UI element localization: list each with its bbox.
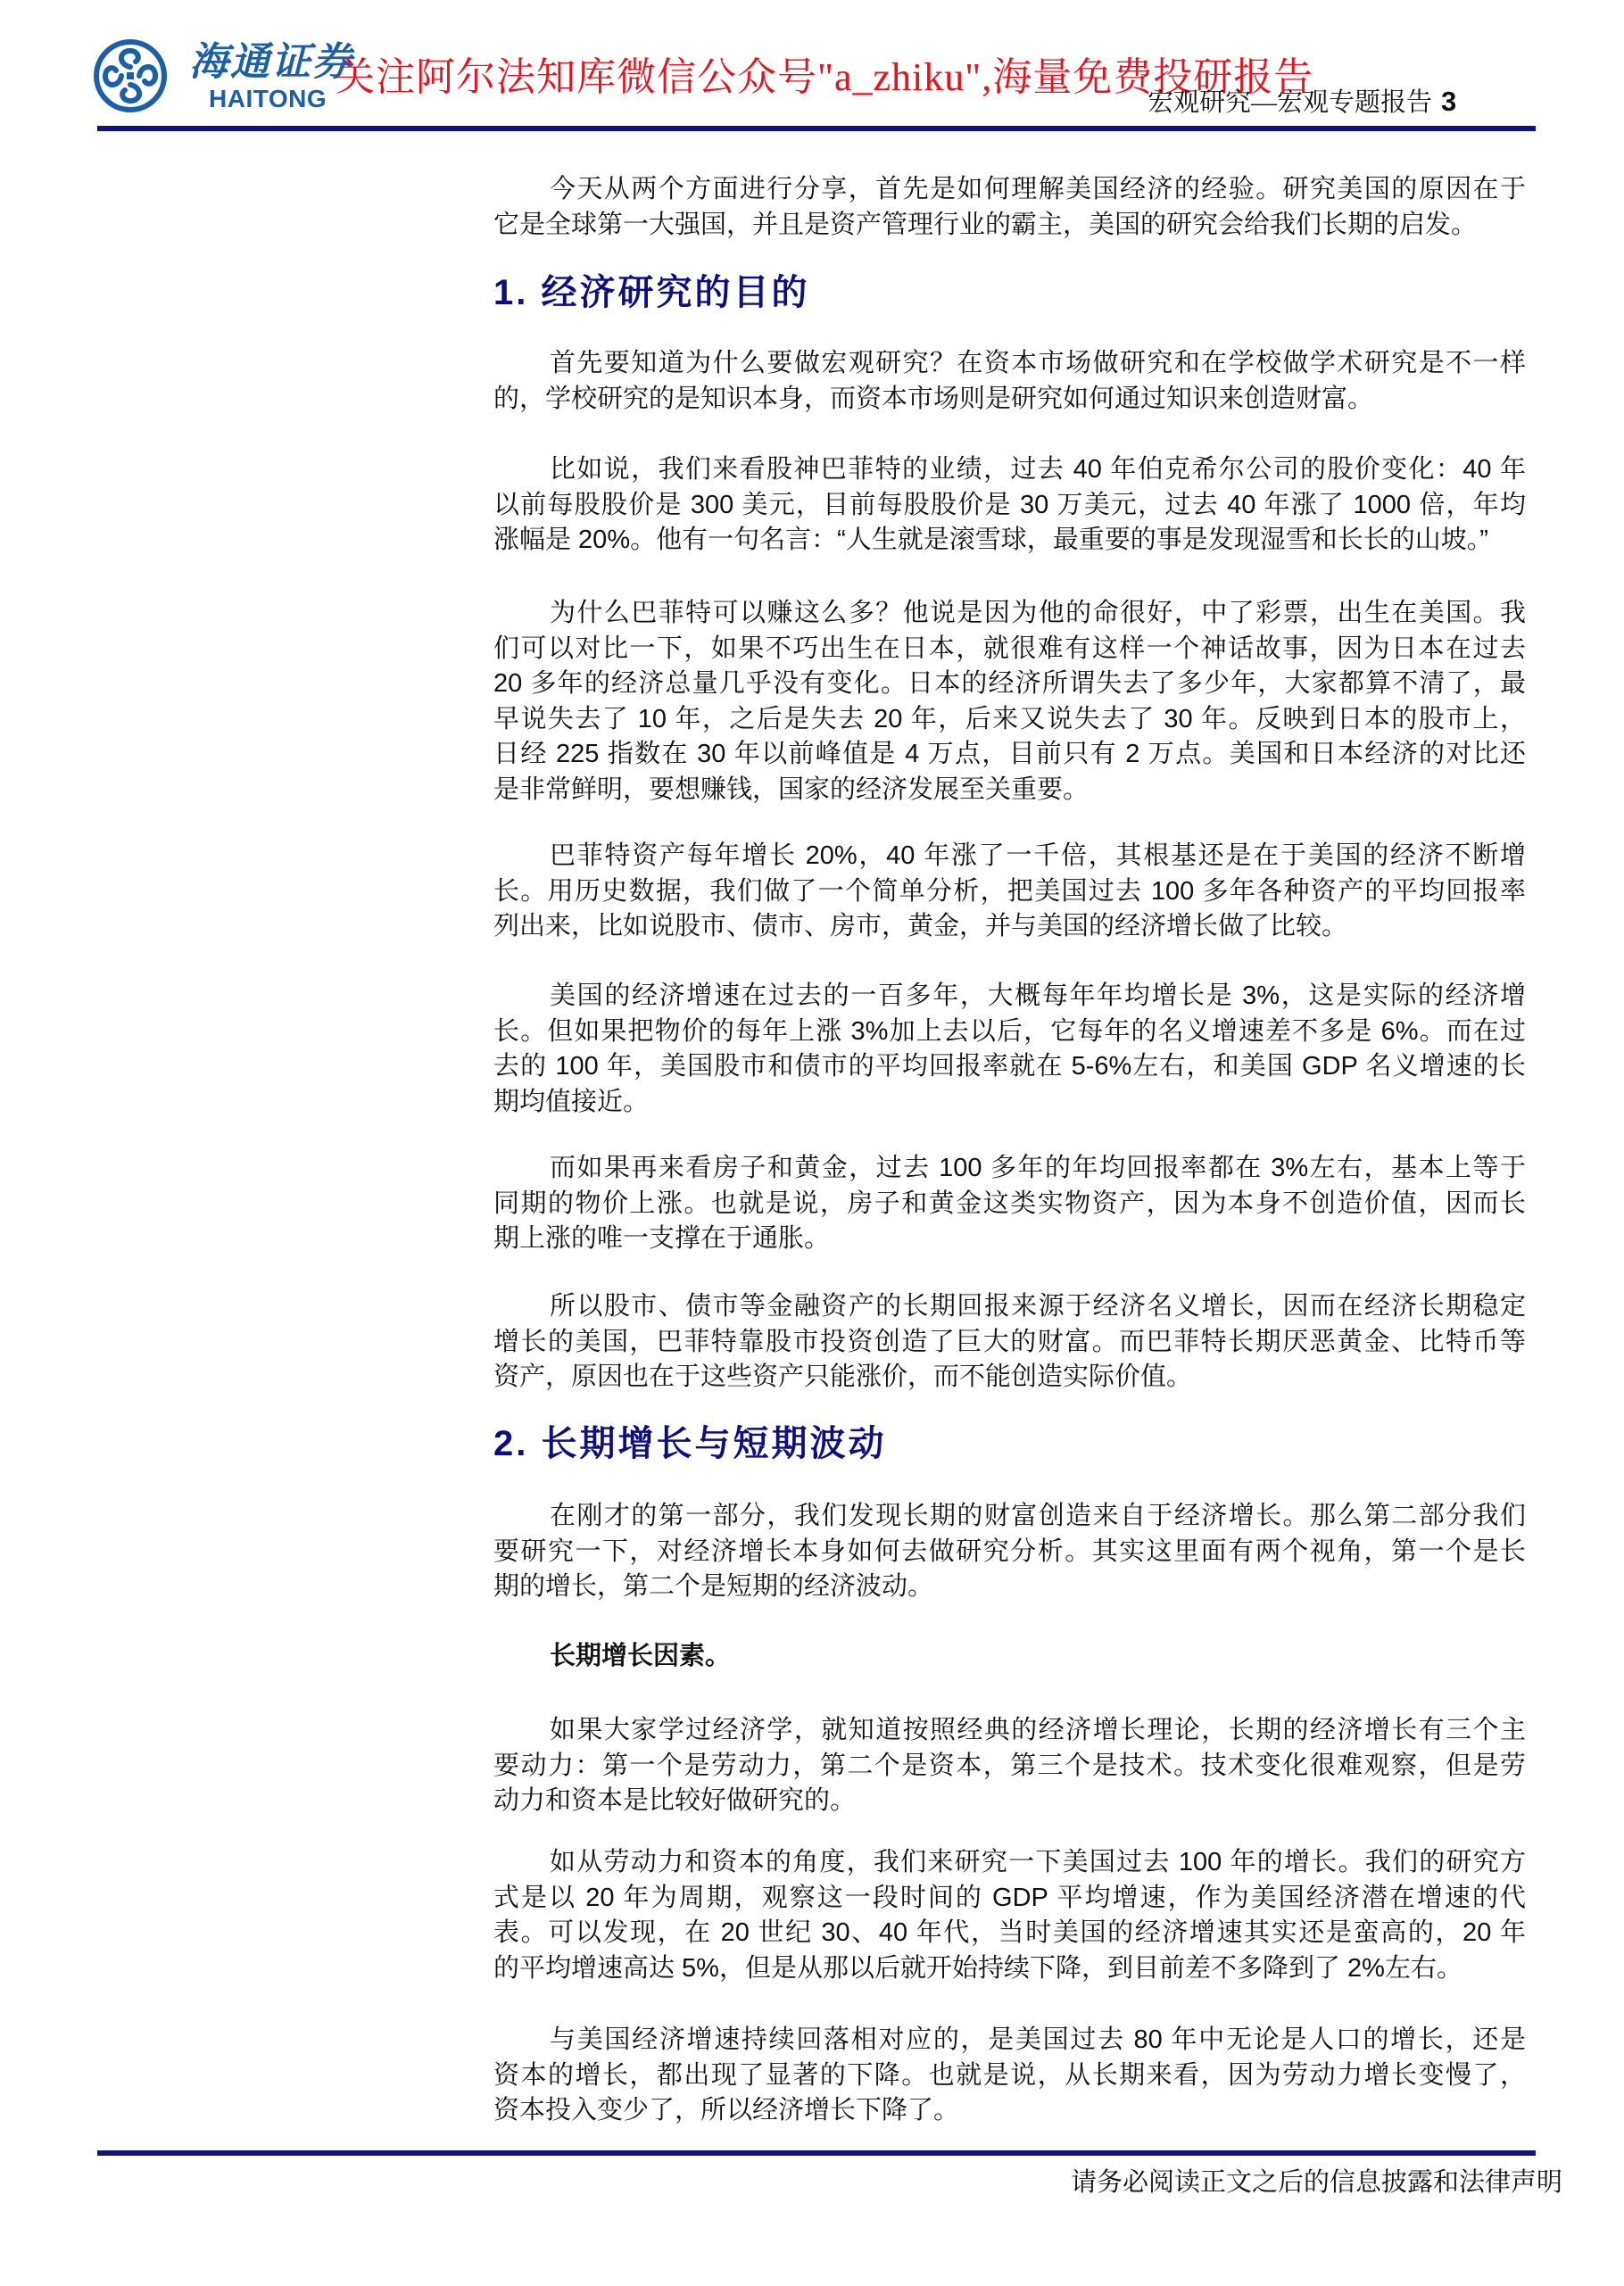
footer-rule bbox=[97, 2150, 1536, 2156]
paragraph: 而如果再来看房子和黄金，过去 100 多年的年均回报率都在 3%左右，基本上等于… bbox=[493, 1151, 1526, 1257]
text-line: 列出来，比如说股市、债市、房市，黄金，并与美国的经济增长做了比较。 bbox=[493, 909, 1526, 945]
paragraph: 如从劳动力和资本的角度，我们来研究一下美国过去 100 年的增长。我们的研究方 … bbox=[493, 1845, 1526, 1986]
text-line: 为什么巴菲特可以赚这么多？他说是因为他的命很好，中了彩票，出生在美国。我 bbox=[493, 596, 1526, 632]
text-line: 而如果再来看房子和黄金，过去 100 多年的年均回报率都在 3%左右，基本上等于 bbox=[493, 1151, 1526, 1187]
text-line: 今天从两个方面进行分享，首先是如何理解美国经济的经验。研究美国的原因在于 bbox=[493, 172, 1526, 208]
section-heading-2: 2. 长期增长与短期波动 bbox=[493, 1424, 1526, 1463]
text-line: 以前每股股价是 300 美元，目前每股股价是 30 万美元，过去 40 年涨了 … bbox=[493, 488, 1526, 524]
text-line: 的，学校研究的是知识本身，而资本市场则是研究如何通过知识来创造财富。 bbox=[493, 382, 1526, 418]
text-line: 日经 225 指数在 30 年以前峰值是 4 万点，目前只有 2 万点。美国和日… bbox=[493, 737, 1526, 773]
text-line: 20 多年的经济总量几乎没有变化。日本的经济所谓失去了多少年，大家都算不清了，最 bbox=[493, 667, 1526, 702]
text-line: 增长的美国，巴菲特靠股市投资创造了巨大的财富。而巴菲特长期厌恶黄金、比特币等 bbox=[493, 1325, 1526, 1361]
text-line: 要研究一下，对经济增长本身如何去做研究分析。其实这里面有两个视角，第一个是长 bbox=[493, 1535, 1526, 1570]
paragraph: 在刚才的第一部分，我们发现长期的财富创造来自于经济增长。那么第二部分我们 要研究… bbox=[493, 1499, 1526, 1605]
paragraph: 比如说，我们来看股神巴菲特的业绩，过去 40 年伯克希尔公司的股价变化：40 年… bbox=[493, 452, 1526, 559]
report-category: 宏观研究—宏观专题报告 bbox=[1148, 88, 1432, 117]
text-line: 所以股市、债市等金融资产的长期回报来源于经济名义增长，因而在经济长期稳定 bbox=[493, 1289, 1526, 1325]
paragraph: 如果大家学过经济学，就知道按照经典的经济增长理论，长期的经济增长有三个主 要动力… bbox=[493, 1713, 1526, 1819]
text-line: 期上涨的唯一支撑在于通胀。 bbox=[493, 1222, 1526, 1257]
paragraph: 为什么巴菲特可以赚这么多？他说是因为他的命很好，中了彩票，出生在美国。我 们可以… bbox=[493, 596, 1526, 808]
section-heading-1: 1. 经济研究的目的 bbox=[493, 273, 1526, 312]
text-line: 在刚才的第一部分，我们发现长期的财富创造来自于经济增长。那么第二部分我们 bbox=[493, 1499, 1526, 1535]
text-line: 涨幅是 20%。他有一句名言：“人生就是滚雪球，最重要的事是发现湿雪和长长的山坡… bbox=[493, 523, 1526, 559]
page-number: 3 bbox=[1441, 86, 1456, 117]
text-line: 们可以对比一下，如果不巧出生在日本，就很难有这样一个神话故事，因为日本在过去 bbox=[493, 632, 1526, 667]
paragraph: 与美国经济增速持续回落相对应的，是美国过去 80 年中无论是人口的增长，还是 资… bbox=[493, 2023, 1526, 2129]
text-line: 巴菲特资产每年增长 20%，40 年涨了一千倍，其根基还是在于美国的经济不断增 bbox=[493, 839, 1526, 874]
text-line: 是非常鲜明，要想赚钱，国家的经济发展至关重要。 bbox=[493, 773, 1526, 808]
text-line: 长。但如果把物价的每年上涨 3%加上去以后，它每年的名义增速差不多是 6%。而在… bbox=[493, 1015, 1526, 1050]
logo-chinese-name: 海通证券 bbox=[189, 39, 353, 86]
text-line: 动力和资本是比较好做研究的。 bbox=[493, 1784, 1526, 1819]
text-line: 美国的经济增速在过去的一百多年，大概每年年均增长是 3%，这是实际的经济增 bbox=[493, 979, 1526, 1015]
text-line: 资本投入变少了，所以经济增长下降了。 bbox=[493, 2093, 1526, 2129]
paragraph: 首先要知道为什么要做宏观研究？在资本市场做研究和在学校做学术研究是不一样 的，学… bbox=[493, 346, 1526, 417]
text-line: 资产，原因也在于这些资产只能涨价，而不能创造实际价值。 bbox=[493, 1360, 1526, 1396]
legal-disclaimer: 请务必阅读正文之后的信息披露和法律声明 bbox=[1071, 2166, 1535, 2199]
header-section-title: 宏观研究—宏观专题报告3 bbox=[1148, 86, 1456, 119]
paragraph: 巴菲特资产每年增长 20%，40 年涨了一千倍，其根基还是在于美国的经济不断增 … bbox=[493, 839, 1526, 945]
text-line: 去的 100 年，美国股市和债市的平均回报率就在 5-6%左右，和美国 GDP … bbox=[493, 1049, 1526, 1085]
text-line: 表。可以发现，在 20 世纪 30、40 年代，当时美国的经济增速其实还是蛮高的… bbox=[493, 1916, 1526, 1951]
header-rule bbox=[97, 126, 1536, 131]
text-line: 首先要知道为什么要做宏观研究？在资本市场做研究和在学校做学术研究是不一样 bbox=[493, 346, 1526, 382]
text-line: 如果大家学过经济学，就知道按照经典的经济增长理论，长期的经济增长有三个主 bbox=[493, 1713, 1526, 1749]
logo-english-name: HAITONG bbox=[209, 86, 327, 112]
text-line: 早说失去了 10 年，之后是失去 20 年，后来又说失去了 30 年。反映到日本… bbox=[493, 702, 1526, 738]
text-line: 它是全球第一大强国，并且是资产管理行业的霸主，美国的研究会给我们长期的启发。 bbox=[493, 208, 1526, 244]
text-line: 的平均增速高达 5%，但是从那以后就开始持续下降，到目前差不多降到了 2%左右。 bbox=[493, 1951, 1526, 1987]
paragraph: 美国的经济增速在过去的一百多年，大概每年年均增长是 3%，这是实际的经济增 长。… bbox=[493, 979, 1526, 1120]
paragraph: 所以股市、债市等金融资产的长期回报来源于经济名义增长，因而在经济长期稳定 增长的… bbox=[493, 1289, 1526, 1396]
text-line: 与美国经济增速持续回落相对应的，是美国过去 80 年中无论是人口的增长，还是 bbox=[493, 2023, 1526, 2058]
text-line: 要动力：第一个是劳动力，第二个是资本，第三个是技术。技术变化很难观察，但是劳 bbox=[493, 1749, 1526, 1785]
text-line: 期的增长，第二个是短期的经济波动。 bbox=[493, 1570, 1526, 1605]
haitong-logo-icon bbox=[93, 38, 168, 113]
subheading: 长期增长因素。 bbox=[550, 1639, 731, 1675]
text-line: 比如说，我们来看股神巴菲特的业绩，过去 40 年伯克希尔公司的股价变化：40 年 bbox=[493, 452, 1526, 488]
text-line: 期均值接近。 bbox=[493, 1085, 1526, 1121]
text-line: 式是以 20 年为周期，观察这一段时间的 GDP 平均增速，作为美国经济潜在增速… bbox=[493, 1881, 1526, 1917]
text-line: 同期的物价上涨。也就是说，房子和黄金这类实物资产，因为本身不创造价值，因而长 bbox=[493, 1187, 1526, 1222]
text-line: 如从劳动力和资本的角度，我们来研究一下美国过去 100 年的增长。我们的研究方 bbox=[493, 1845, 1526, 1881]
text-line: 长。用历史数据，我们做了一个简单分析，把美国过去 100 多年各种资产的平均回报… bbox=[493, 874, 1526, 910]
text-line: 资本的增长，都出现了显著的下降。也就是说，从长期来看，因为劳动力增长变慢了， bbox=[493, 2058, 1526, 2094]
paragraph-intro: 今天从两个方面进行分享，首先是如何理解美国经济的经验。研究美国的原因在于 它是全… bbox=[493, 172, 1526, 243]
